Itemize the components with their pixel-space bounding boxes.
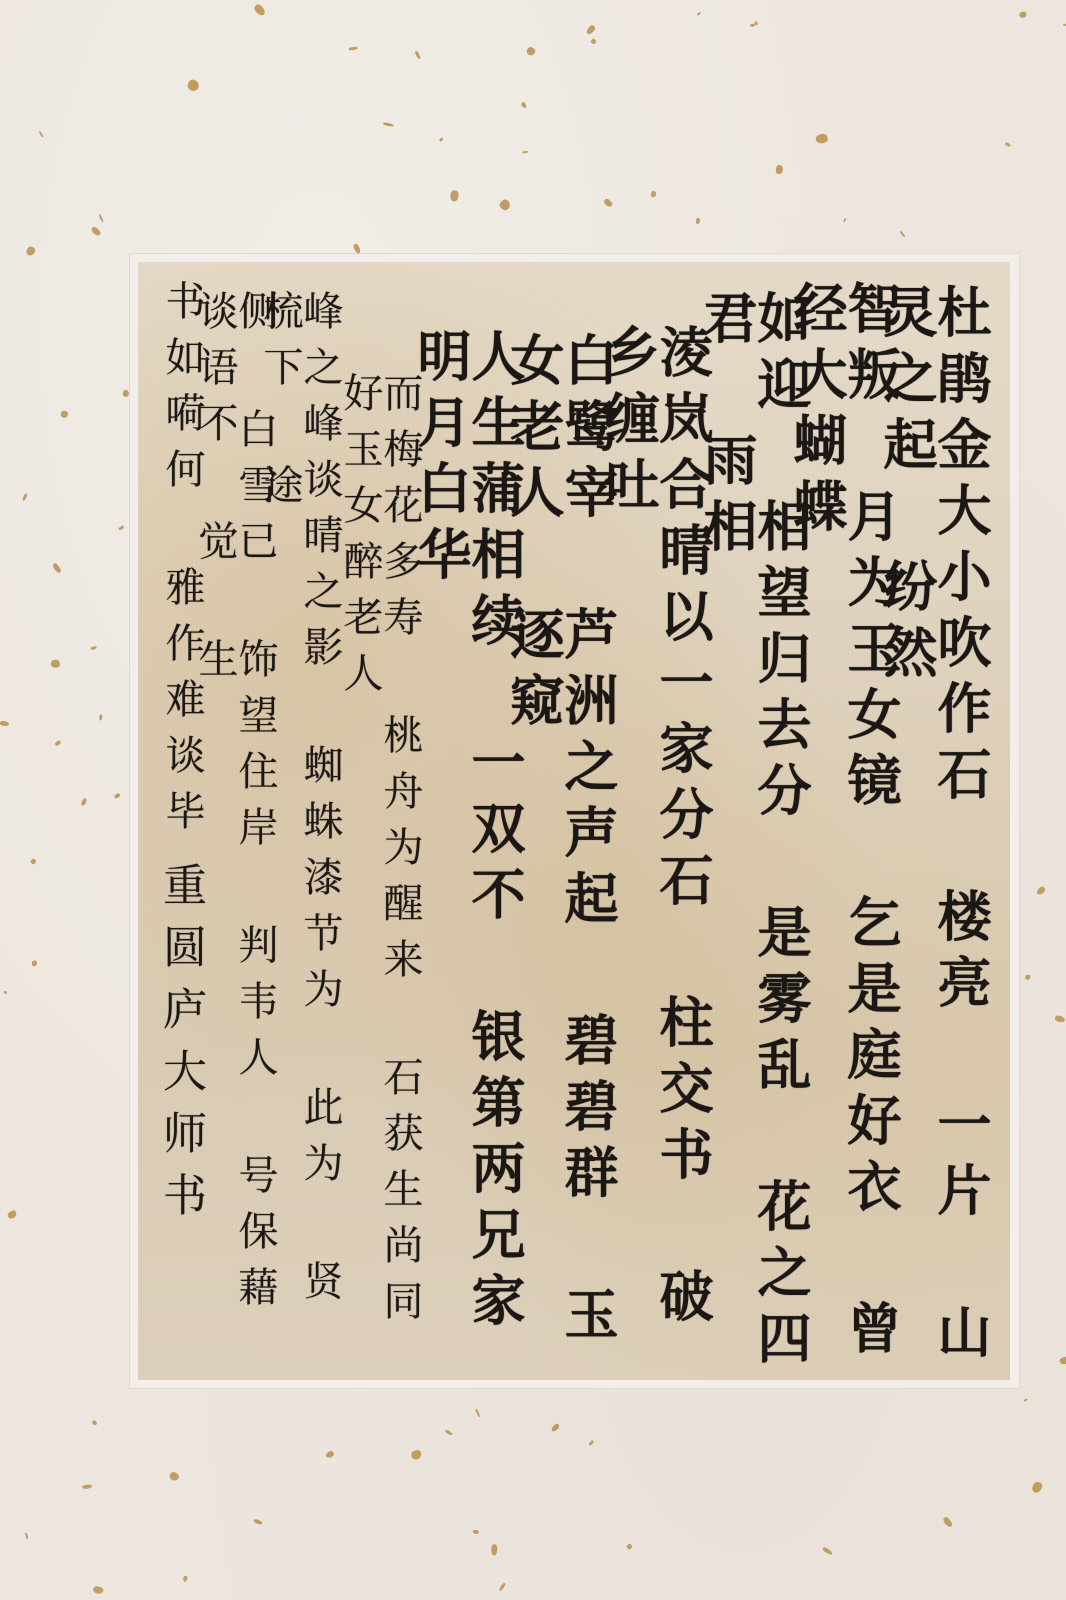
gold-fleck bbox=[414, 51, 421, 60]
gold-fleck bbox=[253, 3, 267, 17]
gold-fleck bbox=[550, 1423, 560, 1433]
gold-fleck bbox=[602, 198, 613, 209]
gold-fleck bbox=[1031, 1481, 1043, 1494]
gold-fleck bbox=[99, 714, 102, 720]
gold-fleck bbox=[1024, 1398, 1028, 1402]
gold-fleck bbox=[90, 226, 101, 237]
gold-fleck bbox=[182, 1576, 187, 1583]
gold-fleck bbox=[22, 493, 28, 501]
gold-fleck bbox=[816, 133, 829, 144]
gold-fleck bbox=[25, 245, 37, 257]
gold-fleck bbox=[254, 1518, 264, 1525]
gold-fleck bbox=[491, 1545, 497, 1556]
gold-fleck bbox=[410, 1449, 422, 1460]
gold-fleck bbox=[498, 1582, 505, 1591]
signature-column: 重圆庐大师书 bbox=[158, 862, 202, 1234]
gold-fleck bbox=[93, 1585, 104, 1594]
gold-fleck bbox=[186, 78, 201, 92]
gold-fleck bbox=[38, 131, 43, 138]
gold-fleck bbox=[383, 122, 394, 127]
gold-fleck bbox=[91, 1420, 98, 1427]
gold-fleck bbox=[325, 1451, 335, 1460]
gold-fleck bbox=[99, 214, 104, 223]
gold-fleck bbox=[899, 231, 905, 238]
calligraphy-column-7: 而梅花多寿 桃舟为醒来 石获生尚同 好玉女醉老人 bbox=[340, 372, 420, 1380]
gold-fleck bbox=[843, 218, 846, 222]
gold-fleck bbox=[695, 217, 701, 224]
gold-fleck bbox=[24, 1533, 29, 1541]
gold-fleck bbox=[30, 858, 37, 865]
gold-fleck bbox=[60, 410, 67, 418]
gold-fleck bbox=[475, 1408, 481, 1417]
gold-fleck bbox=[0, 720, 9, 726]
calligraphy-silk-panel: 杜鹃金大小吹作石 楼亮 一片 山灵之起 纷然 智叛 月为玉女镜 乞是庭好衣 曾经… bbox=[138, 262, 1010, 1380]
gold-fleck bbox=[90, 646, 97, 651]
gold-fleck bbox=[498, 198, 512, 212]
gold-fleck bbox=[1036, 886, 1046, 896]
gold-fleck bbox=[54, 740, 61, 747]
gold-fleck bbox=[80, 797, 88, 806]
gold-fleck bbox=[32, 960, 38, 967]
gold-fleck bbox=[775, 165, 783, 175]
gold-fleck bbox=[353, 243, 362, 254]
gold-fleck bbox=[1025, 974, 1031, 980]
gold-fleck bbox=[472, 1530, 478, 1535]
gold-fleck bbox=[521, 151, 528, 154]
calligraphy-column-9: 侧 白雪已 饰望住岸 判韦人 号保藉 谈语不 觉 生 bbox=[195, 290, 275, 1380]
gold-fleck bbox=[1055, 1015, 1066, 1023]
gold-fleck bbox=[943, 1516, 954, 1528]
gold-fleck bbox=[520, 101, 527, 108]
gold-fleck bbox=[451, 191, 459, 202]
gold-fleck bbox=[750, 24, 755, 27]
gold-fleck bbox=[1060, 1356, 1066, 1365]
gold-fleck bbox=[444, 1429, 452, 1435]
gold-fleck bbox=[1018, 11, 1026, 18]
gold-fleck bbox=[697, 12, 701, 16]
gold-fleck bbox=[1005, 142, 1011, 147]
gold-fleck bbox=[526, 46, 537, 57]
gold-fleck bbox=[168, 1471, 180, 1483]
gold-fleck bbox=[585, 24, 596, 35]
gold-fleck bbox=[588, 1440, 594, 1446]
gold-fleck bbox=[651, 190, 657, 197]
gold-fleck bbox=[349, 46, 358, 50]
calligraphy-column-10: 书如嗬何 雅作难谈毕 bbox=[162, 280, 202, 846]
gold-fleck bbox=[626, 1543, 633, 1550]
gold-fleck bbox=[822, 1546, 833, 1555]
gold-fleck bbox=[118, 525, 124, 531]
gold-fleck bbox=[114, 793, 121, 800]
gold-fleck bbox=[50, 659, 60, 668]
gold-fleck bbox=[439, 137, 444, 142]
gold-fleck bbox=[3, 991, 7, 995]
gold-fleck bbox=[590, 37, 597, 44]
gold-fleck bbox=[52, 562, 62, 574]
gold-fleck bbox=[7, 1209, 18, 1219]
gold-fleck bbox=[82, 1484, 92, 1489]
calligraphy-column-6: 人生蒲相续 一双不 银第两兄家 明月白华 bbox=[414, 328, 522, 1380]
calligraphy-column-3: 如迎 相望归去分 是雾乱 花之四君 雨相 bbox=[700, 290, 808, 1380]
